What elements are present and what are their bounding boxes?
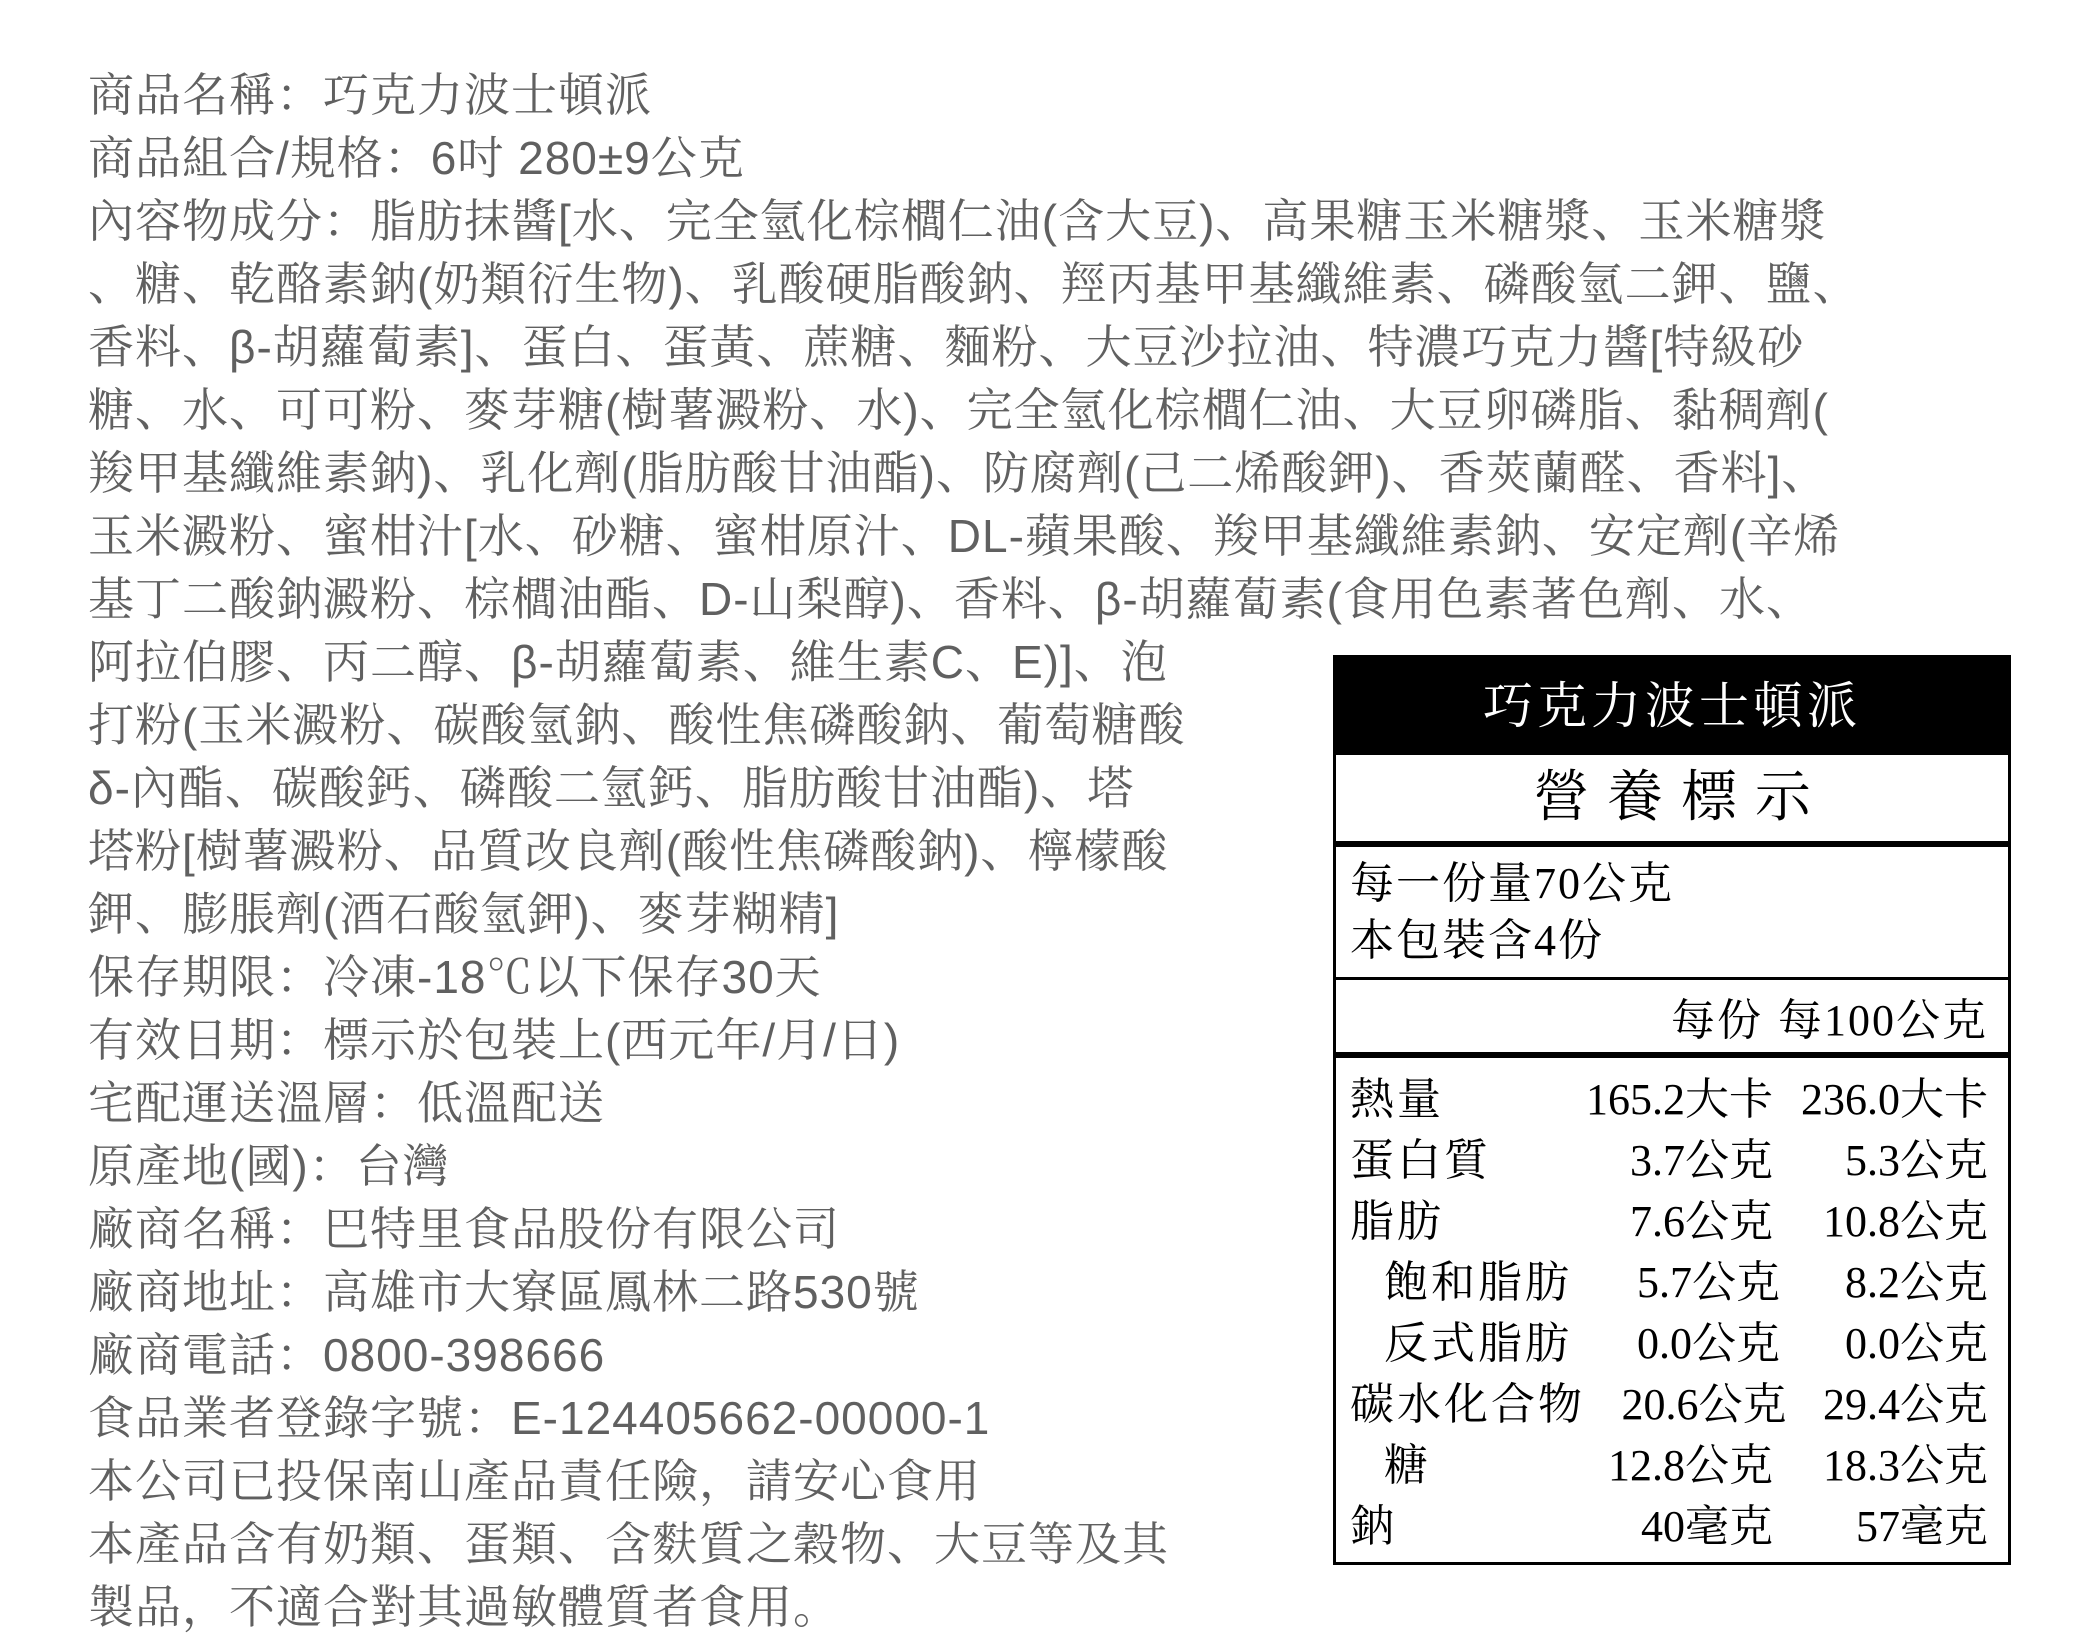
nutrient-per-100g: 0.0公克 [1780, 1307, 1988, 1371]
nutrient-per-100g: 10.8公克 [1773, 1185, 1988, 1249]
nutrient-label: 蛋白質 [1350, 1124, 1558, 1188]
nutrition-row-trans-fat: 反式脂肪 0.0公克 0.0公克 [1336, 1308, 2008, 1369]
nutrition-row-protein: 蛋白質 3.7公克 5.3公克 [1336, 1125, 2008, 1186]
nutrient-per-100g: 29.4公克 [1787, 1368, 1989, 1432]
nutrient-per-serving: 0.0公克 [1572, 1307, 1780, 1371]
nutrient-per-serving: 7.6公克 [1558, 1185, 1773, 1249]
column-header-row: 每份 每100公克 [1336, 980, 2008, 1058]
serving-info: 每一份量70公克 本包裝含4份 [1336, 847, 2008, 980]
nutrient-label: 脂肪 [1350, 1185, 1558, 1249]
nutrient-label: 碳水化合物 [1350, 1368, 1585, 1432]
nutrient-per-serving: 12.8公克 [1558, 1429, 1773, 1493]
nutrient-per-serving: 165.2大卡 [1558, 1063, 1773, 1127]
ingredients-line: 糖、水、可可粉、麥芽糖(樹薯澱粉、水)、完全氫化棕櫚仁油、大豆卵磷脂、黏稠劑( [88, 379, 1860, 442]
nutrition-row-sugar: 糖 12.8公克 18.3公克 [1336, 1430, 2008, 1491]
nutrient-label: 鈉 [1350, 1490, 1558, 1554]
nutrition-row-sodium: 鈉 40毫克 57毫克 [1336, 1491, 2008, 1552]
nutrition-row-saturated-fat: 飽和脂肪 5.7公克 8.2公克 [1336, 1247, 2008, 1308]
nutrient-per-serving: 20.6公克 [1585, 1368, 1787, 1432]
column-header-per-serving: 每份 [1558, 984, 1773, 1048]
nutrition-row-carbohydrate: 碳水化合物 20.6公克 29.4公克 [1336, 1369, 2008, 1430]
ingredients-line: 羧甲基纖維素鈉)、乳化劑(脂肪酸甘油酯)、防腐劑(己二烯酸鉀)、香莢蘭醛、香料]… [88, 442, 1860, 505]
nutrient-per-100g: 8.2公克 [1780, 1246, 1988, 1310]
servings-per-package-line: 本包裝含4份 [1350, 912, 1994, 969]
nutrition-row-fat: 脂肪 7.6公克 10.8公克 [1336, 1186, 2008, 1247]
nutrition-label: 巧克力波士頓派 營養標示 每一份量70公克 本包裝含4份 每份 每100公克 熱… [1333, 655, 2011, 1565]
nutrient-per-serving: 3.7公克 [1558, 1124, 1773, 1188]
column-header-per-100g: 每100公克 [1773, 984, 1988, 1048]
nutrient-per-serving: 40毫克 [1558, 1490, 1773, 1554]
nutrient-label: 飽和脂肪 [1350, 1246, 1572, 1310]
ingredients-line: 、糖、乾酪素鈉(奶類衍生物)、乳酸硬脂酸鈉、羥丙基甲基纖維素、磷酸氫二鉀、鹽、 [88, 253, 1860, 316]
ingredients-line: 內容物成分：脂肪抹醬[水、完全氫化棕櫚仁油(含大豆)、高果糖玉米糖漿、玉米糖漿 [88, 190, 1860, 253]
nutrient-per-100g: 5.3公克 [1773, 1124, 1988, 1188]
allergen-line: 製品，不適合對其過敏體質者食用。 [88, 1576, 1860, 1639]
ingredients-line: 玉米澱粉、蜜柑汁[水、砂糖、蜜柑原汁、DL-蘋果酸、羧甲基纖維素鈉、安定劑(辛烯 [88, 505, 1860, 568]
nutrient-per-100g: 57毫克 [1773, 1490, 1988, 1554]
nutrient-per-100g: 18.3公克 [1773, 1429, 1988, 1493]
nutrition-row-calories: 熱量 165.2大卡 236.0大卡 [1336, 1064, 2008, 1125]
nutrient-label: 熱量 [1350, 1063, 1558, 1127]
nutrition-rows: 熱量 165.2大卡 236.0大卡 蛋白質 3.7公克 5.3公克 脂肪 7.… [1336, 1058, 2008, 1562]
product-name-line: 商品名稱：巧克力波士頓派 [88, 64, 1860, 127]
nutrition-label-product-name: 巧克力波士頓派 [1336, 658, 2008, 755]
ingredients-line: 香料、β-胡蘿蔔素]、蛋白、蛋黃、蔗糖、麵粉、大豆沙拉油、特濃巧克力醬[特級砂 [88, 316, 1860, 379]
nutrient-label: 糖 [1350, 1429, 1558, 1493]
nutrient-label: 反式脂肪 [1350, 1307, 1572, 1371]
nutrient-per-100g: 236.0大卡 [1773, 1063, 1988, 1127]
nutrition-label-title: 營養標示 [1336, 755, 2008, 847]
product-label-page: 商品名稱：巧克力波士頓派 商品組合/規格：6吋 280±9公克 內容物成分：脂肪… [0, 0, 2084, 1645]
serving-size-line: 每一份量70公克 [1350, 855, 1994, 912]
product-spec-line: 商品組合/規格：6吋 280±9公克 [88, 127, 1860, 190]
ingredients-line: 基丁二酸鈉澱粉、棕櫚油酯、D-山梨醇)、香料、β-胡蘿蔔素(食用色素著色劑、水、 [88, 568, 1860, 631]
nutrient-per-serving: 5.7公克 [1572, 1246, 1780, 1310]
